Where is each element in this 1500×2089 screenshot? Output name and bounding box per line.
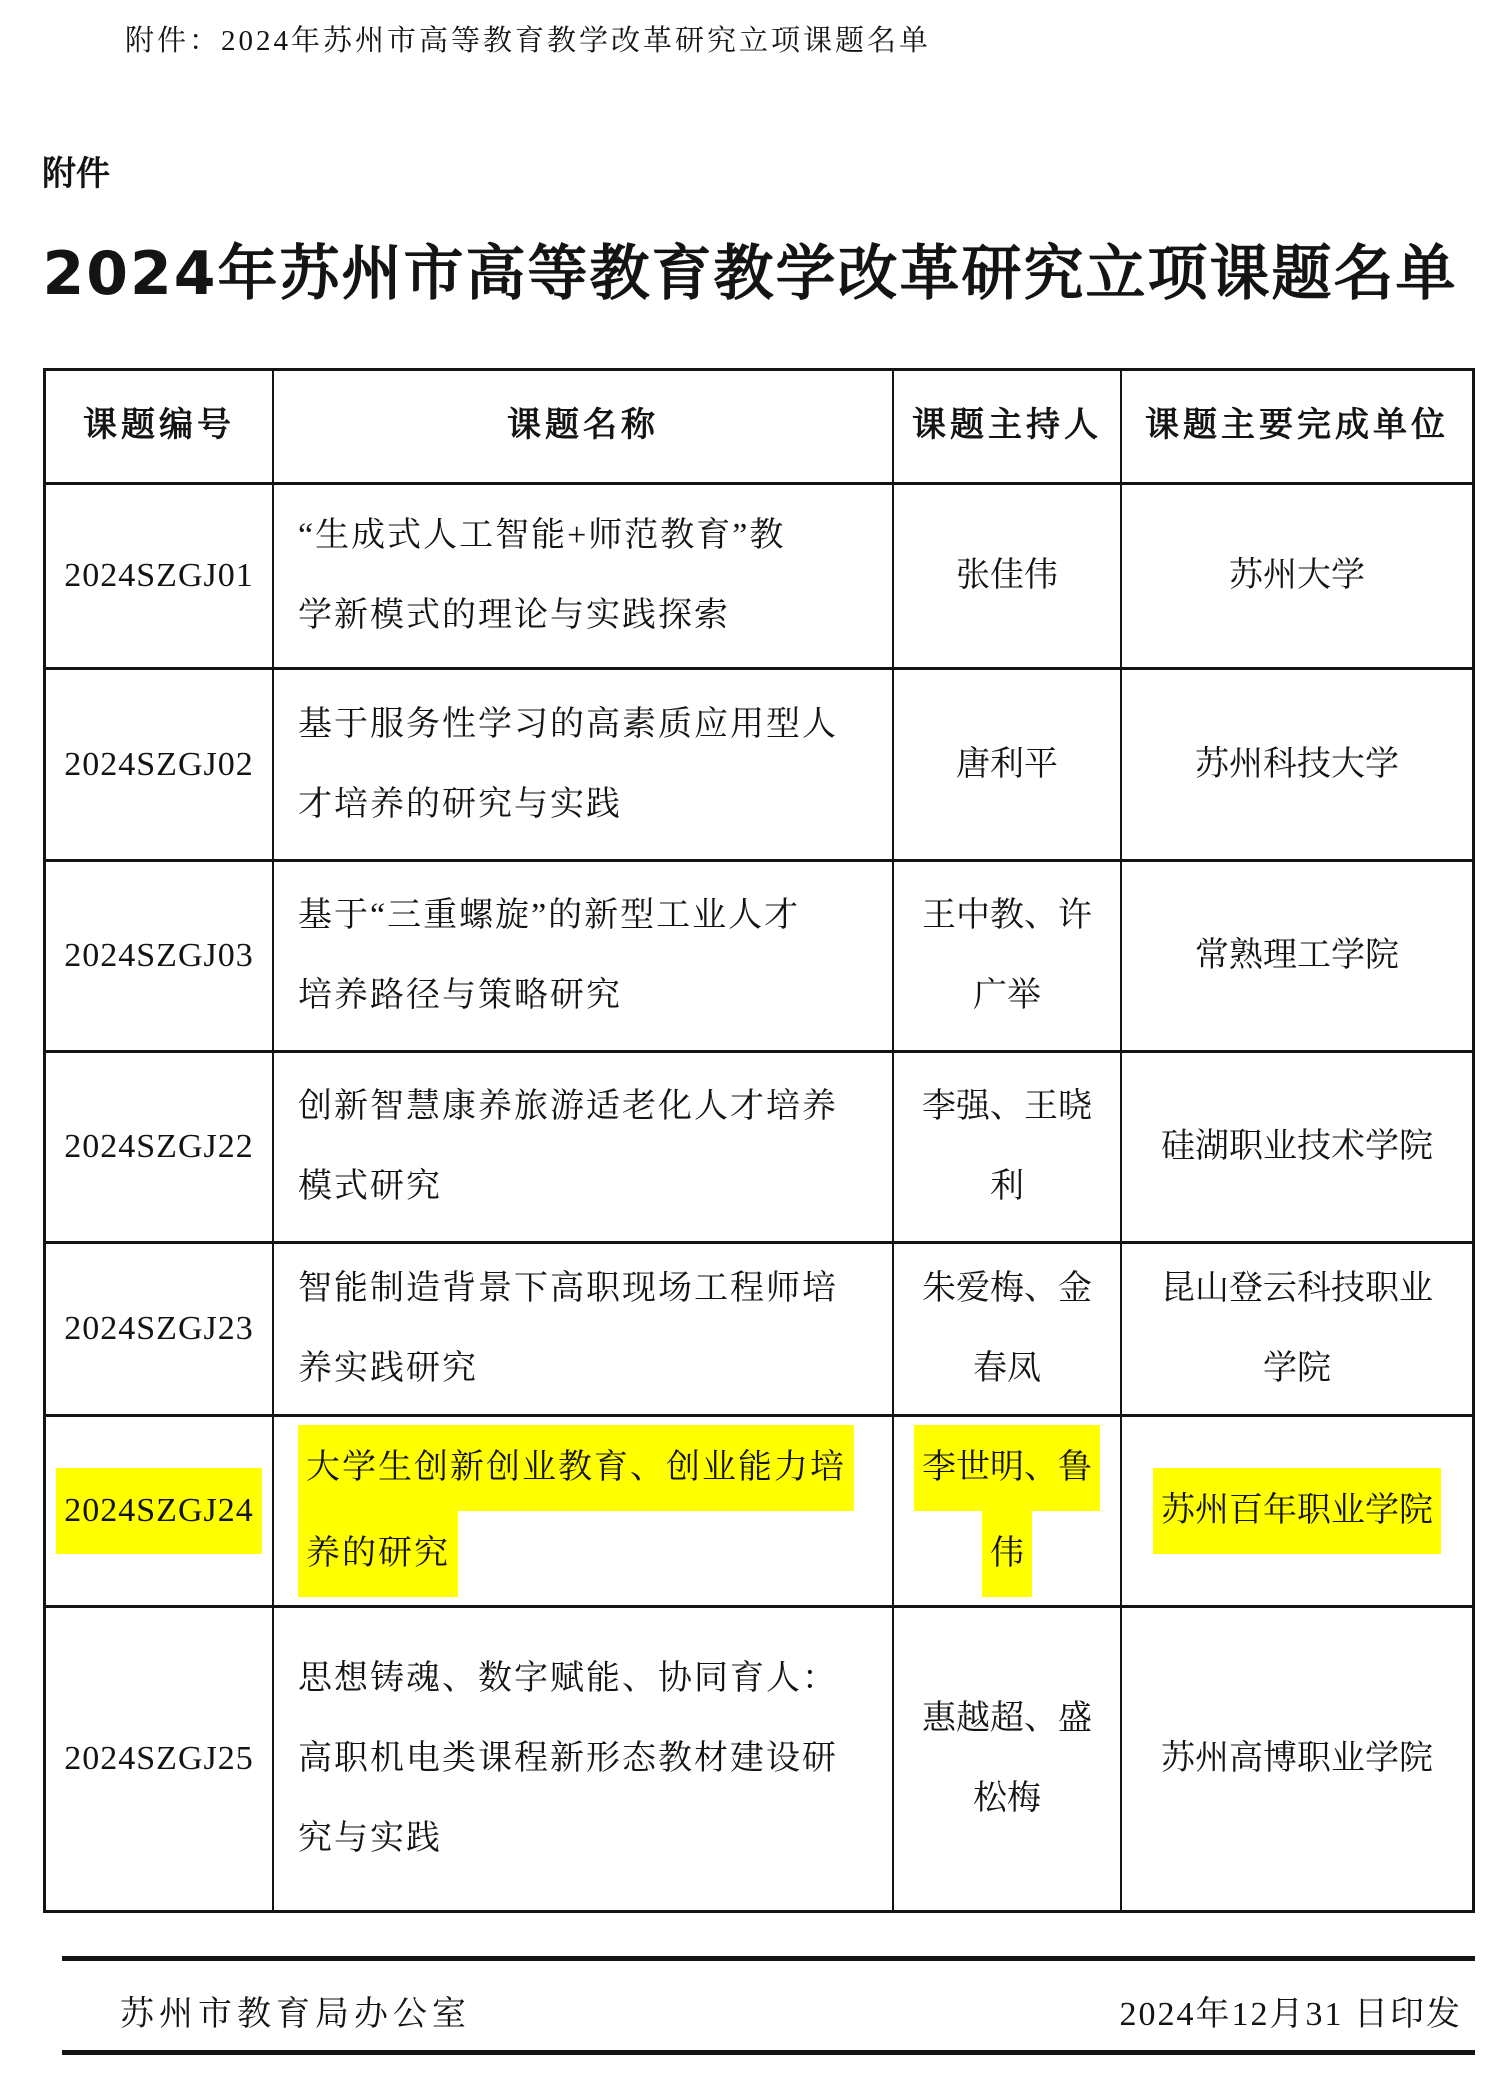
page-title: 2024年苏州市高等教育教学改革研究立项课题名单 (0, 226, 1500, 312)
table-row: 2024SZGJ25 思想铸魂、数字赋能、协同育人： 高职机电类课程新形态教材建… (46, 1608, 1472, 1910)
header-cell-topic-name: 课题名称 (274, 371, 894, 485)
host-cell: 李强、王晓 利 (894, 1053, 1122, 1244)
topic-id: 2024SZGJ01 (64, 536, 253, 616)
table-row: 2024SZGJ02 基于服务性学习的高素质应用型人 才培养的研究与实践 唐利平… (46, 670, 1472, 862)
topic-id: 2024SZGJ02 (64, 725, 253, 805)
topic-id-cell: 2024SZGJ25 (46, 1608, 274, 1910)
org-cell: 苏州科技大学 (1122, 670, 1472, 862)
topic-title-line: 思想铸魂、数字赋能、协同育人： (298, 1639, 838, 1719)
topic-id-cell: 2024SZGJ01 (46, 485, 274, 670)
topic-id: 2024SZGJ24 (56, 1468, 261, 1554)
topic-title-line: 究与实践 (298, 1799, 442, 1879)
topic-title-cell: 创新智慧康养旅游适老化人才培养 模式研究 (274, 1053, 894, 1244)
header-cell-org: 课题主要完成单位 (1122, 371, 1472, 485)
topic-title-line: 培养路径与策略研究 (298, 956, 622, 1036)
host-cell: 李世明、鲁 伟 (894, 1417, 1122, 1608)
topic-title-cell: 智能制造背景下高职现场工程师培 养实践研究 (274, 1244, 894, 1417)
org-name: 常熟理工学院 (1195, 916, 1399, 996)
org-cell: 苏州大学 (1122, 485, 1472, 670)
org-name: 苏州大学 (1229, 536, 1365, 616)
org-name: 苏州科技大学 (1195, 725, 1399, 805)
topic-id-cell: 2024SZGJ24 (46, 1417, 274, 1608)
org-cell: 苏州百年职业学院 (1122, 1417, 1472, 1608)
host-name: 唐利平 (956, 725, 1058, 805)
org-name: 学院 (1263, 1329, 1331, 1409)
org-name: 昆山登云科技职业 (1161, 1249, 1433, 1329)
table-row-highlighted: 2024SZGJ24 大学生创新创业教育、创业能力培 养的研究 李世明、鲁 伟 … (46, 1417, 1472, 1608)
footer-rule-top (62, 1956, 1475, 1961)
host-name: 春凤 (973, 1329, 1041, 1409)
host-cell: 王中教、许 广举 (894, 862, 1122, 1053)
header-cell-topic-id: 课题编号 (46, 371, 274, 485)
document-page: { "page": { "ref_line": "附件：2024年苏州市高等教育… (0, 0, 1500, 2089)
table-row: 2024SZGJ01 “生成式人工智能+师范教育”教 学新模式的理论与实践探索 … (46, 485, 1472, 670)
org-cell: 昆山登云科技职业 学院 (1122, 1244, 1472, 1417)
host-name: 利 (990, 1147, 1024, 1227)
topic-id: 2024SZGJ22 (64, 1107, 253, 1187)
org-name: 苏州高博职业学院 (1161, 1719, 1433, 1799)
host-name: 松梅 (973, 1759, 1041, 1839)
topic-id-cell: 2024SZGJ03 (46, 862, 274, 1053)
footer-print-date: 2024年12月31 日印发 (1120, 1986, 1463, 2035)
footer-rule-bottom (62, 2050, 1475, 2055)
topic-title-cell: “生成式人工智能+师范教育”教 学新模式的理论与实践探索 (274, 485, 894, 670)
attachment-label: 附件 (42, 146, 110, 195)
host-name: 张佳伟 (956, 536, 1058, 616)
topic-title-line: 模式研究 (298, 1147, 442, 1227)
table-row: 2024SZGJ03 基于“三重螺旋”的新型工业人才 培养路径与策略研究 王中教… (46, 862, 1472, 1053)
host-name: 广举 (973, 956, 1041, 1036)
topic-title-line: 养实践研究 (298, 1329, 478, 1409)
topic-title-line: 基于“三重螺旋”的新型工业人才 (298, 876, 800, 956)
topic-title-line: 创新智慧康养旅游适老化人才培养 (298, 1067, 838, 1147)
topic-title-line: 高职机电类课程新形态教材建设研 (298, 1719, 838, 1799)
host-cell: 唐利平 (894, 670, 1122, 862)
host-name: 惠越超、盛 (922, 1679, 1092, 1759)
host-cell: 张佳伟 (894, 485, 1122, 670)
topic-title-cell: 基于“三重螺旋”的新型工业人才 培养路径与策略研究 (274, 862, 894, 1053)
table-row: 2024SZGJ23 智能制造背景下高职现场工程师培 养实践研究 朱爱梅、金 春… (46, 1244, 1472, 1417)
host-name: 伟 (982, 1511, 1032, 1597)
host-name: 朱爱梅、金 (922, 1249, 1092, 1329)
topic-title-cell: 思想铸魂、数字赋能、协同育人： 高职机电类课程新形态教材建设研 究与实践 (274, 1608, 894, 1910)
topic-title-line: 基于服务性学习的高素质应用型人 (298, 685, 838, 765)
topic-id: 2024SZGJ03 (64, 916, 253, 996)
table-row: 2024SZGJ22 创新智慧康养旅游适老化人才培养 模式研究 李强、王晓 利 … (46, 1053, 1472, 1244)
host-name: 王中教、许 (922, 876, 1092, 956)
topic-title-line: 学新模式的理论与实践探索 (298, 576, 730, 656)
topic-title-line: 大学生创新创业教育、创业能力培 (298, 1425, 854, 1511)
topic-id: 2024SZGJ23 (64, 1289, 253, 1369)
topic-title-line: 才培养的研究与实践 (298, 765, 622, 845)
org-cell: 苏州高博职业学院 (1122, 1608, 1472, 1910)
topic-id-cell: 2024SZGJ23 (46, 1244, 274, 1417)
topic-title-line: 养的研究 (298, 1511, 458, 1597)
host-cell: 朱爱梅、金 春凤 (894, 1244, 1122, 1417)
topic-title-cell: 基于服务性学习的高素质应用型人 才培养的研究与实践 (274, 670, 894, 862)
footer-issuer: 苏州市教育局办公室 (120, 1986, 471, 2035)
host-cell: 惠越超、盛 松梅 (894, 1608, 1122, 1910)
host-name: 李强、王晓 (922, 1067, 1092, 1147)
org-name: 硅湖职业技术学院 (1161, 1107, 1433, 1187)
topic-title-line: “生成式人工智能+师范教育”教 (298, 496, 785, 576)
topic-title-line: 智能制造背景下高职现场工程师培 (298, 1249, 838, 1329)
host-name: 李世明、鲁 (914, 1425, 1100, 1511)
topic-id-cell: 2024SZGJ02 (46, 670, 274, 862)
org-cell: 常熟理工学院 (1122, 862, 1472, 1053)
header-cell-host: 课题主持人 (894, 371, 1122, 485)
topic-title-cell: 大学生创新创业教育、创业能力培 养的研究 (274, 1417, 894, 1608)
org-cell: 硅湖职业技术学院 (1122, 1053, 1472, 1244)
org-name: 苏州百年职业学院 (1153, 1468, 1441, 1554)
topic-id-cell: 2024SZGJ22 (46, 1053, 274, 1244)
topic-id: 2024SZGJ25 (64, 1719, 253, 1799)
attachment-reference-line: 附件：2024年苏州市高等教育教学改革研究立项课题名单 (125, 18, 931, 59)
projects-table: 课题编号 课题名称 课题主持人 课题主要完成单位 2024SZGJ01 “生成式… (43, 368, 1475, 1913)
table-header-row: 课题编号 课题名称 课题主持人 课题主要完成单位 (46, 371, 1472, 485)
